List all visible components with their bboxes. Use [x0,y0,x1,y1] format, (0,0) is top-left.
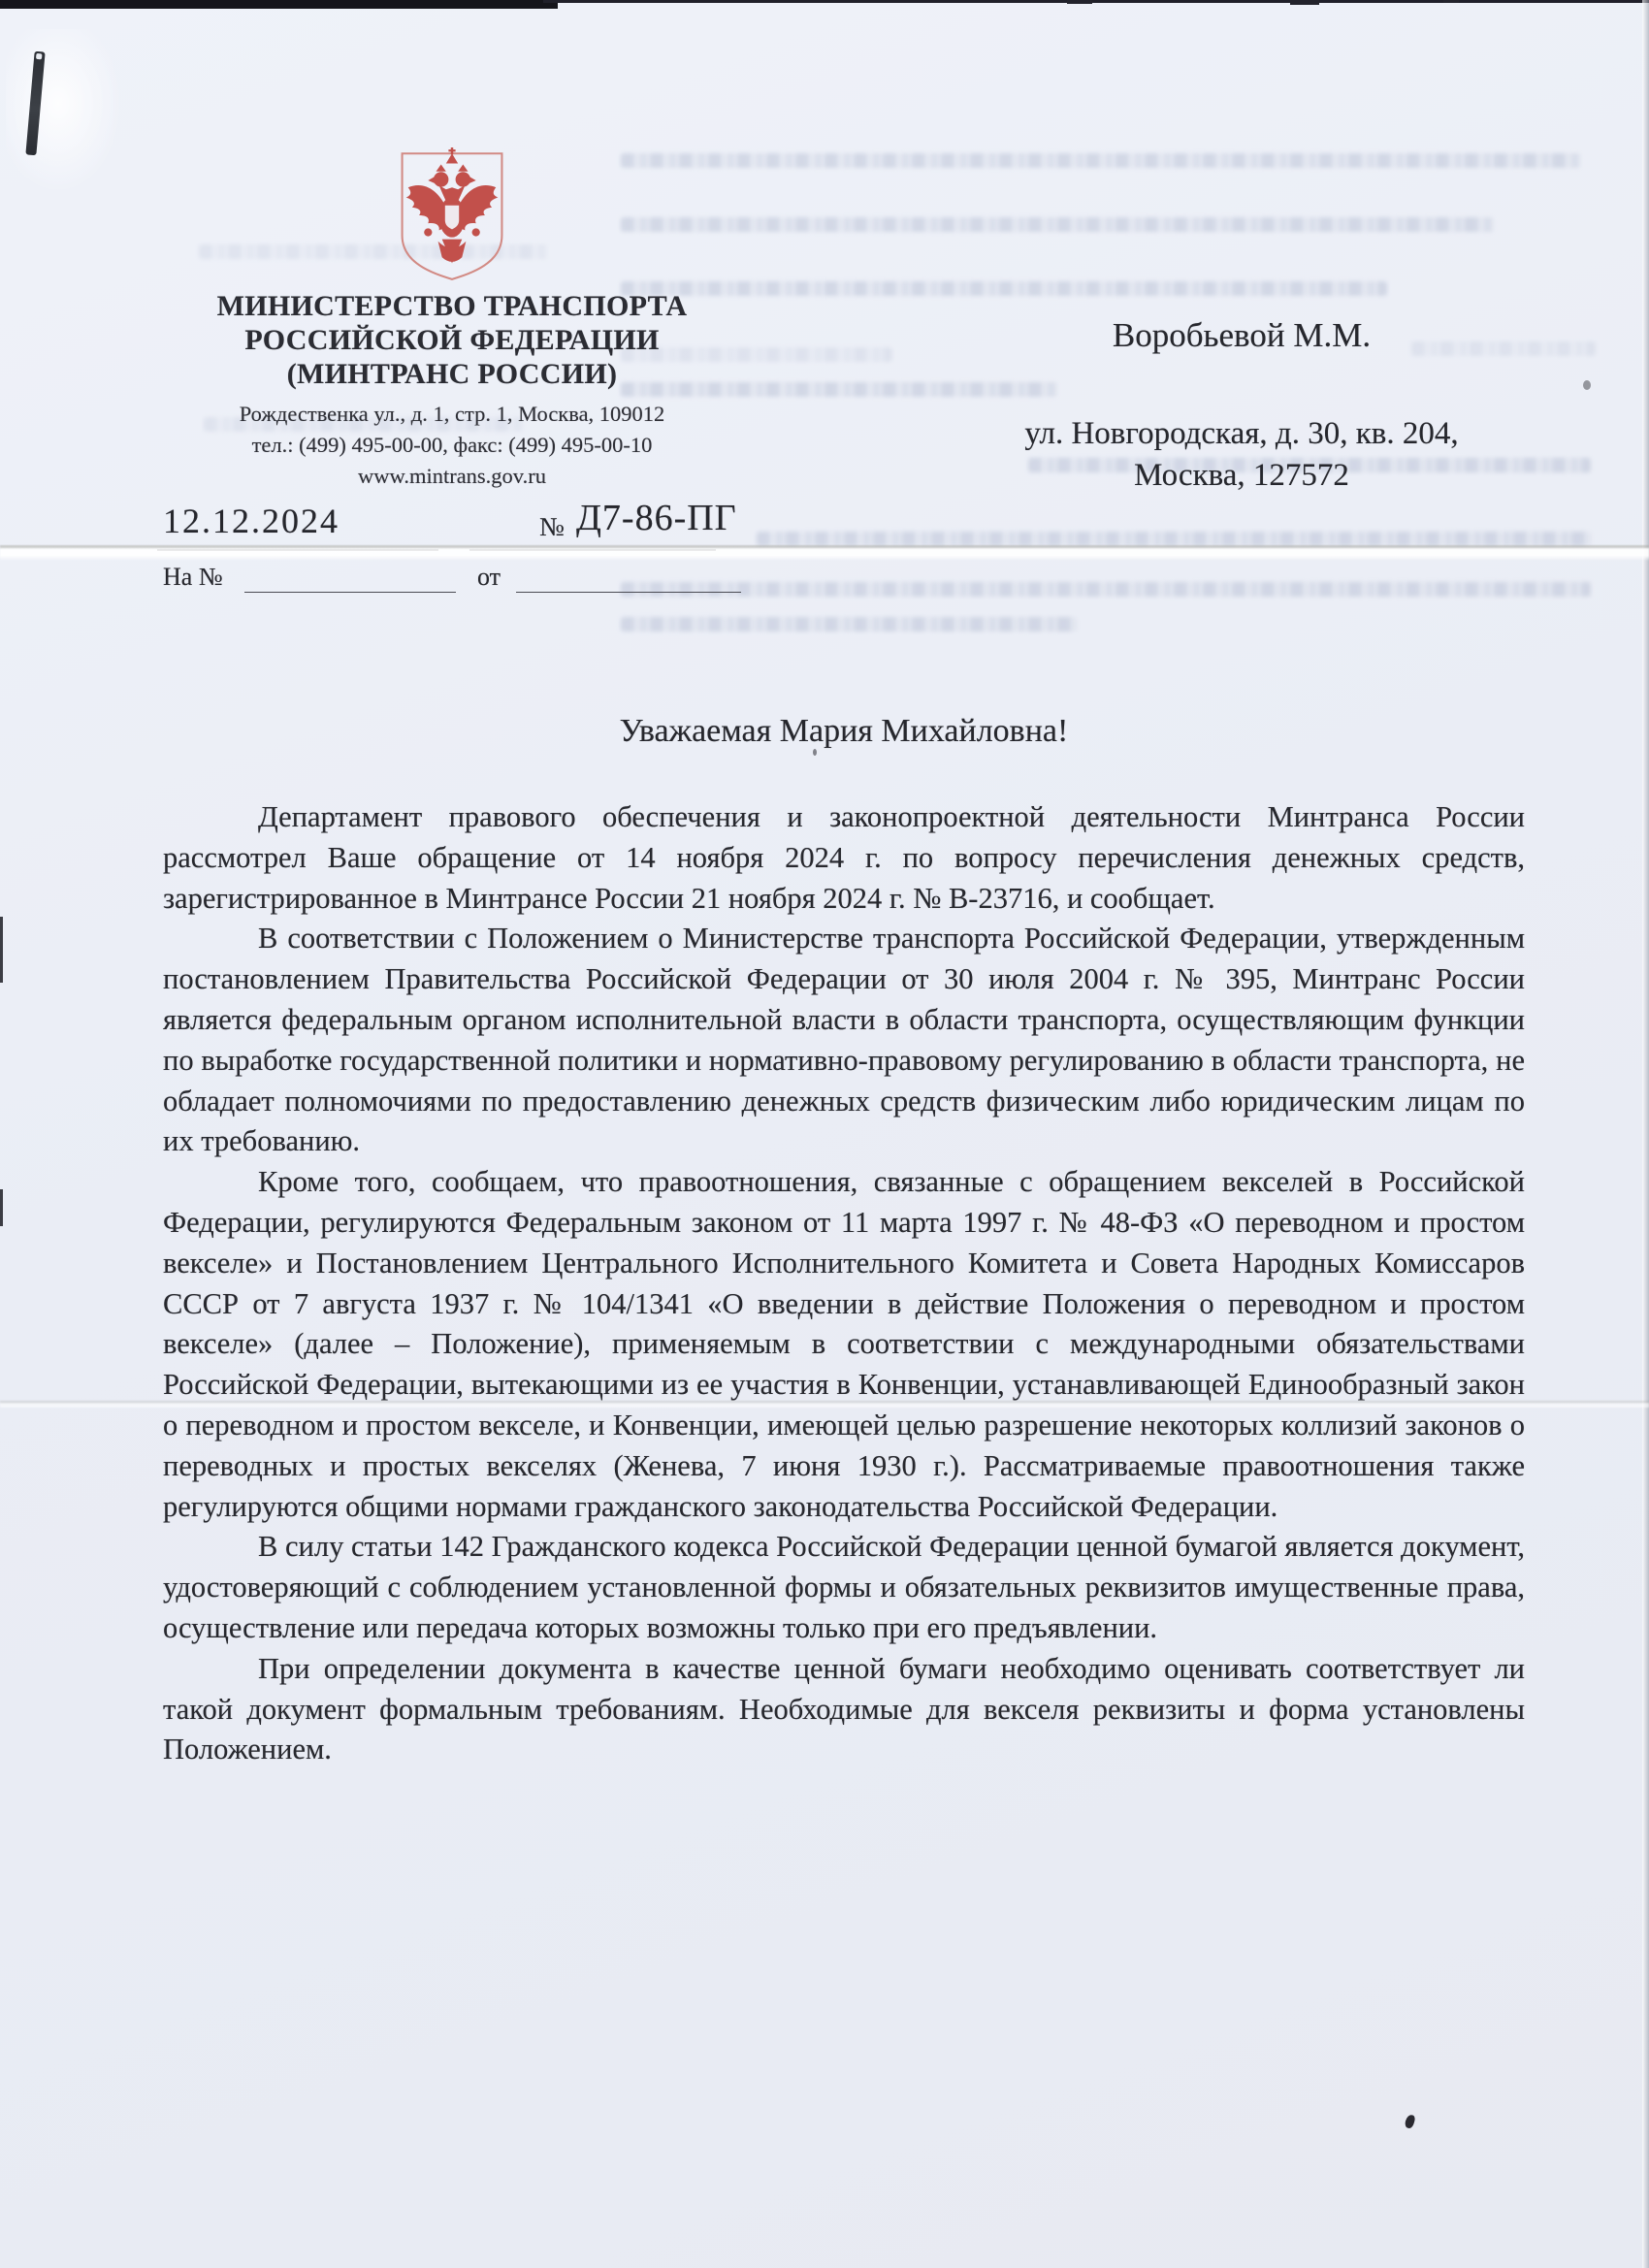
bleedthrough-line [621,617,1077,632]
letter-date: 12.12.2024 [163,501,339,541]
salutation: Уважаемая Мария Михайловна! [163,713,1525,750]
recipient-address-line1: ул. Новгородская, д. 30, кв. 204, [951,413,1533,455]
recipient-address-line2: Москва, 127572 [951,455,1533,497]
scan-edge-nub [1067,0,1092,4]
reply-to-label: На № [163,563,223,592]
paragraph-1: Департамент правового обеспечения и зако… [163,797,1525,919]
scan-edge-top-thin [543,0,1649,3]
scan-edge-top [0,0,558,9]
paragraph-5: При определении документа в качестве цен… [163,1649,1525,1770]
russian-coat-of-arms-emblem [392,146,512,285]
ink-speck [1583,380,1591,390]
scan-edge-nub [1290,0,1319,5]
recipient-block: Воробьевой М.М. ул. Новгородская, д. 30,… [951,316,1533,497]
letter-body: Департамент правового обеспечения и зако… [163,797,1525,1770]
fold-crease-upper [0,545,1649,561]
bleedthrough-line [757,532,1591,546]
letterhead-contacts: Рождественка ул., д. 1, стр. 1, Москва, … [144,399,760,492]
reply-from-label: от [477,563,501,592]
paragraph-4: В силу статьи 142 Гражданского кодекса Р… [163,1527,1525,1648]
letterhead-website: www.mintrans.gov.ru [144,461,760,492]
letterhead-address: Рождественка ул., д. 1, стр. 1, Москва, … [144,399,760,430]
paragraph-2: В соответствии с Положением о Министерст… [163,919,1525,1162]
scanned-letter-page: МИНИСТЕРСТВО ТРАНСПОРТА РОССИЙСКОЙ ФЕДЕР… [0,0,1649,2268]
letterhead: МИНИСТЕРСТВО ТРАНСПОРТА РОССИЙСКОЙ ФЕДЕР… [144,289,760,492]
emblem-inner-shield [445,206,459,230]
ministry-short-name: (МИНТРАНС РОССИИ) [144,357,760,391]
ministry-name-line1: МИНИСТЕРСТВО ТРАНСПОРТА [144,289,760,323]
bleedthrough-line [621,217,1494,232]
scan-edge-mark [0,917,3,983]
outgoing-number: Д7-86-ПГ [576,497,737,539]
staple-halo [6,29,122,194]
reply-number-blank [244,592,456,593]
reply-reference-row: На № от [144,563,803,601]
recipient-name: Воробьевой М.М. [951,316,1533,355]
letterhead-phone-fax: тел.: (499) 495-00-00, факс: (499) 495-0… [144,430,760,461]
scan-edge-mark [0,1189,3,1226]
number-sign-label: № [539,512,565,542]
scan-edge-nub [1443,0,1459,3]
ink-speck [1404,2114,1415,2129]
fold-crease-lower [0,1401,1649,1408]
paragraph-3: Кроме того, сообщаем, что правоотношения… [163,1162,1525,1527]
recipient-address: ул. Новгородская, д. 30, кв. 204, Москва… [951,413,1533,497]
bleedthrough-line [621,153,1581,168]
reply-date-blank [516,592,741,593]
ink-speck [813,749,817,756]
scan-edge-right [1642,0,1649,2268]
ministry-name-line2: РОССИЙСКОЙ ФЕДЕРАЦИИ [144,323,760,357]
